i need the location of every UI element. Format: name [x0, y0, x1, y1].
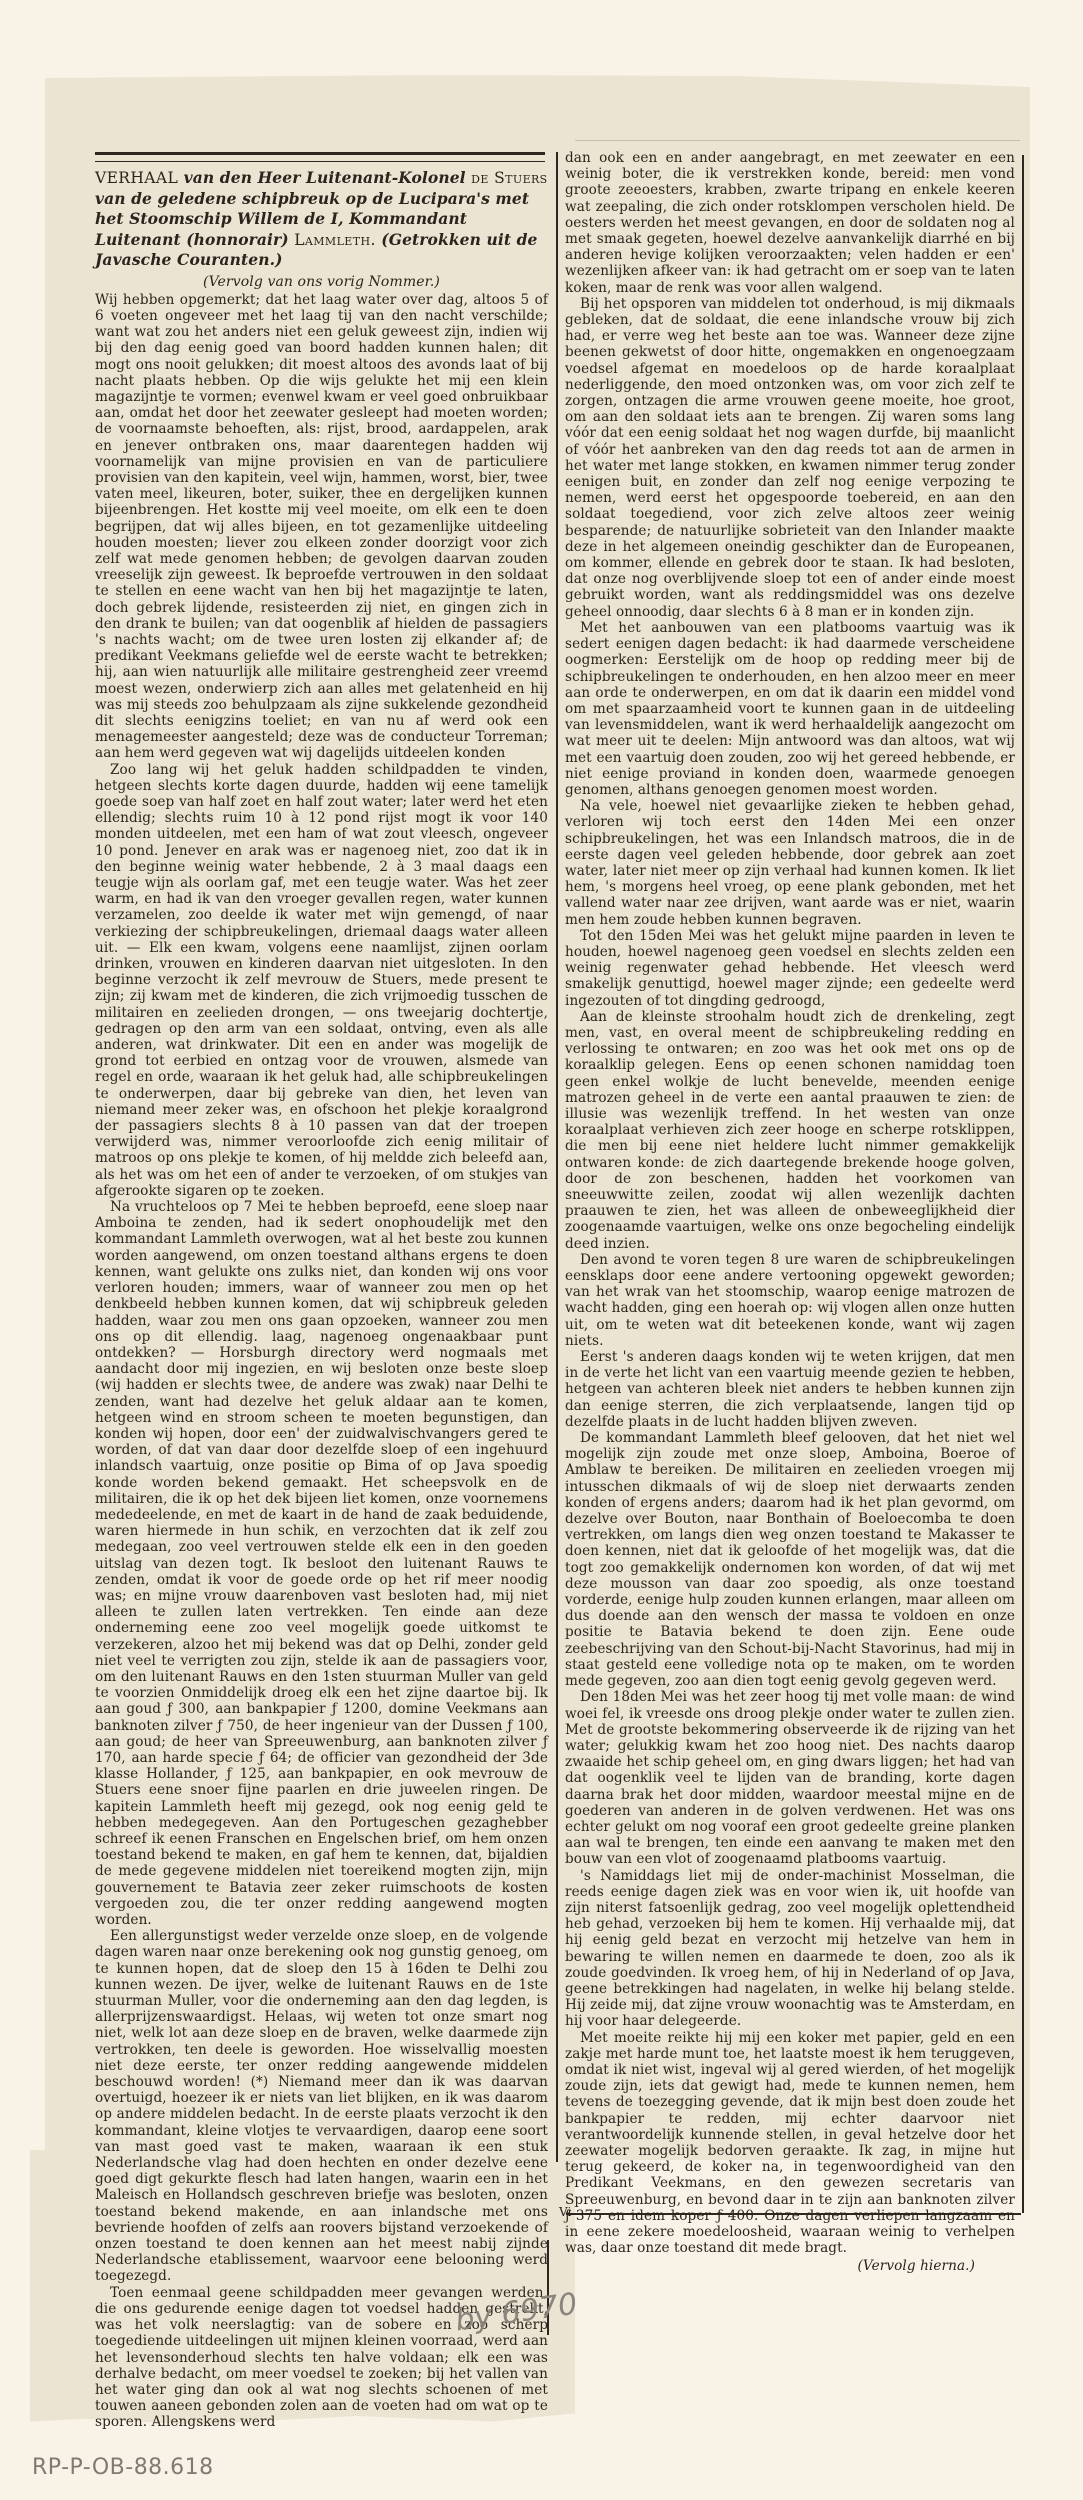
paragraph: Een allergunstigst weder verzelde onze s… [95, 1928, 548, 2284]
left-column: VERHAAL van den Heer Luitenant-Kolonel d… [95, 150, 548, 2431]
paragraph: De kommandant Lammleth bleef gelooven, d… [565, 1430, 1015, 1689]
paragraph: 's Namiddags liet mij de onder-machinist… [565, 1868, 1015, 2030]
inventory-number: RP-P-OB-88.618 [32, 2455, 214, 2480]
paragraph: Den avond te voren tegen 8 ure waren de … [565, 1252, 1015, 1349]
continued-next-note: (Vervolg hierna.) [565, 2258, 1015, 2274]
paragraph: Na vruchteloos op 7 Mei te hebben beproe… [95, 1199, 548, 1928]
adjacent-column-fragment: Vi [559, 2205, 571, 2219]
paragraph: Zoo lang wij het geluk hadden schildpadd… [95, 762, 548, 1199]
headline-lead: VERHAAL [95, 169, 178, 187]
paragraph: Bij het opsporen van middelen tot onderh… [565, 296, 1015, 620]
column-divider [556, 152, 558, 2162]
paragraph: Na vele, hoewel niet gevaarlijke zieken … [565, 798, 1015, 928]
paragraph: Aan de kleinste stroohalm houdt zich de … [565, 1009, 1015, 1252]
paragraph: Wij hebben opgemerkt; dat het laag water… [95, 292, 548, 762]
continued-from-note: (Vervolg van ons vorig Nommer.) [95, 274, 548, 290]
paragraph: Den 18den Mei was het zeer hoog tij met … [565, 1689, 1015, 1867]
show-through-rule [575, 140, 1020, 141]
right-column: dan ook een en ander aangebragt, en met … [565, 150, 1015, 2275]
paragraph: dan ook een en ander aangebragt, en met … [565, 150, 1015, 296]
right-border-rule [1022, 155, 1024, 2213]
paragraph: Met het aanbouwen van een platbooms vaar… [565, 620, 1015, 798]
paragraph: Met moeite reikte hij mij een koker met … [565, 2030, 1015, 2257]
article-headline: VERHAAL van den Heer Luitenant-Kolonel d… [95, 168, 548, 271]
paragraph: Eerst 's anderen daags konden wij te wet… [565, 1349, 1015, 1430]
paragraph: Tot den 15den Mei was het gelukt mijne p… [565, 928, 1015, 1009]
